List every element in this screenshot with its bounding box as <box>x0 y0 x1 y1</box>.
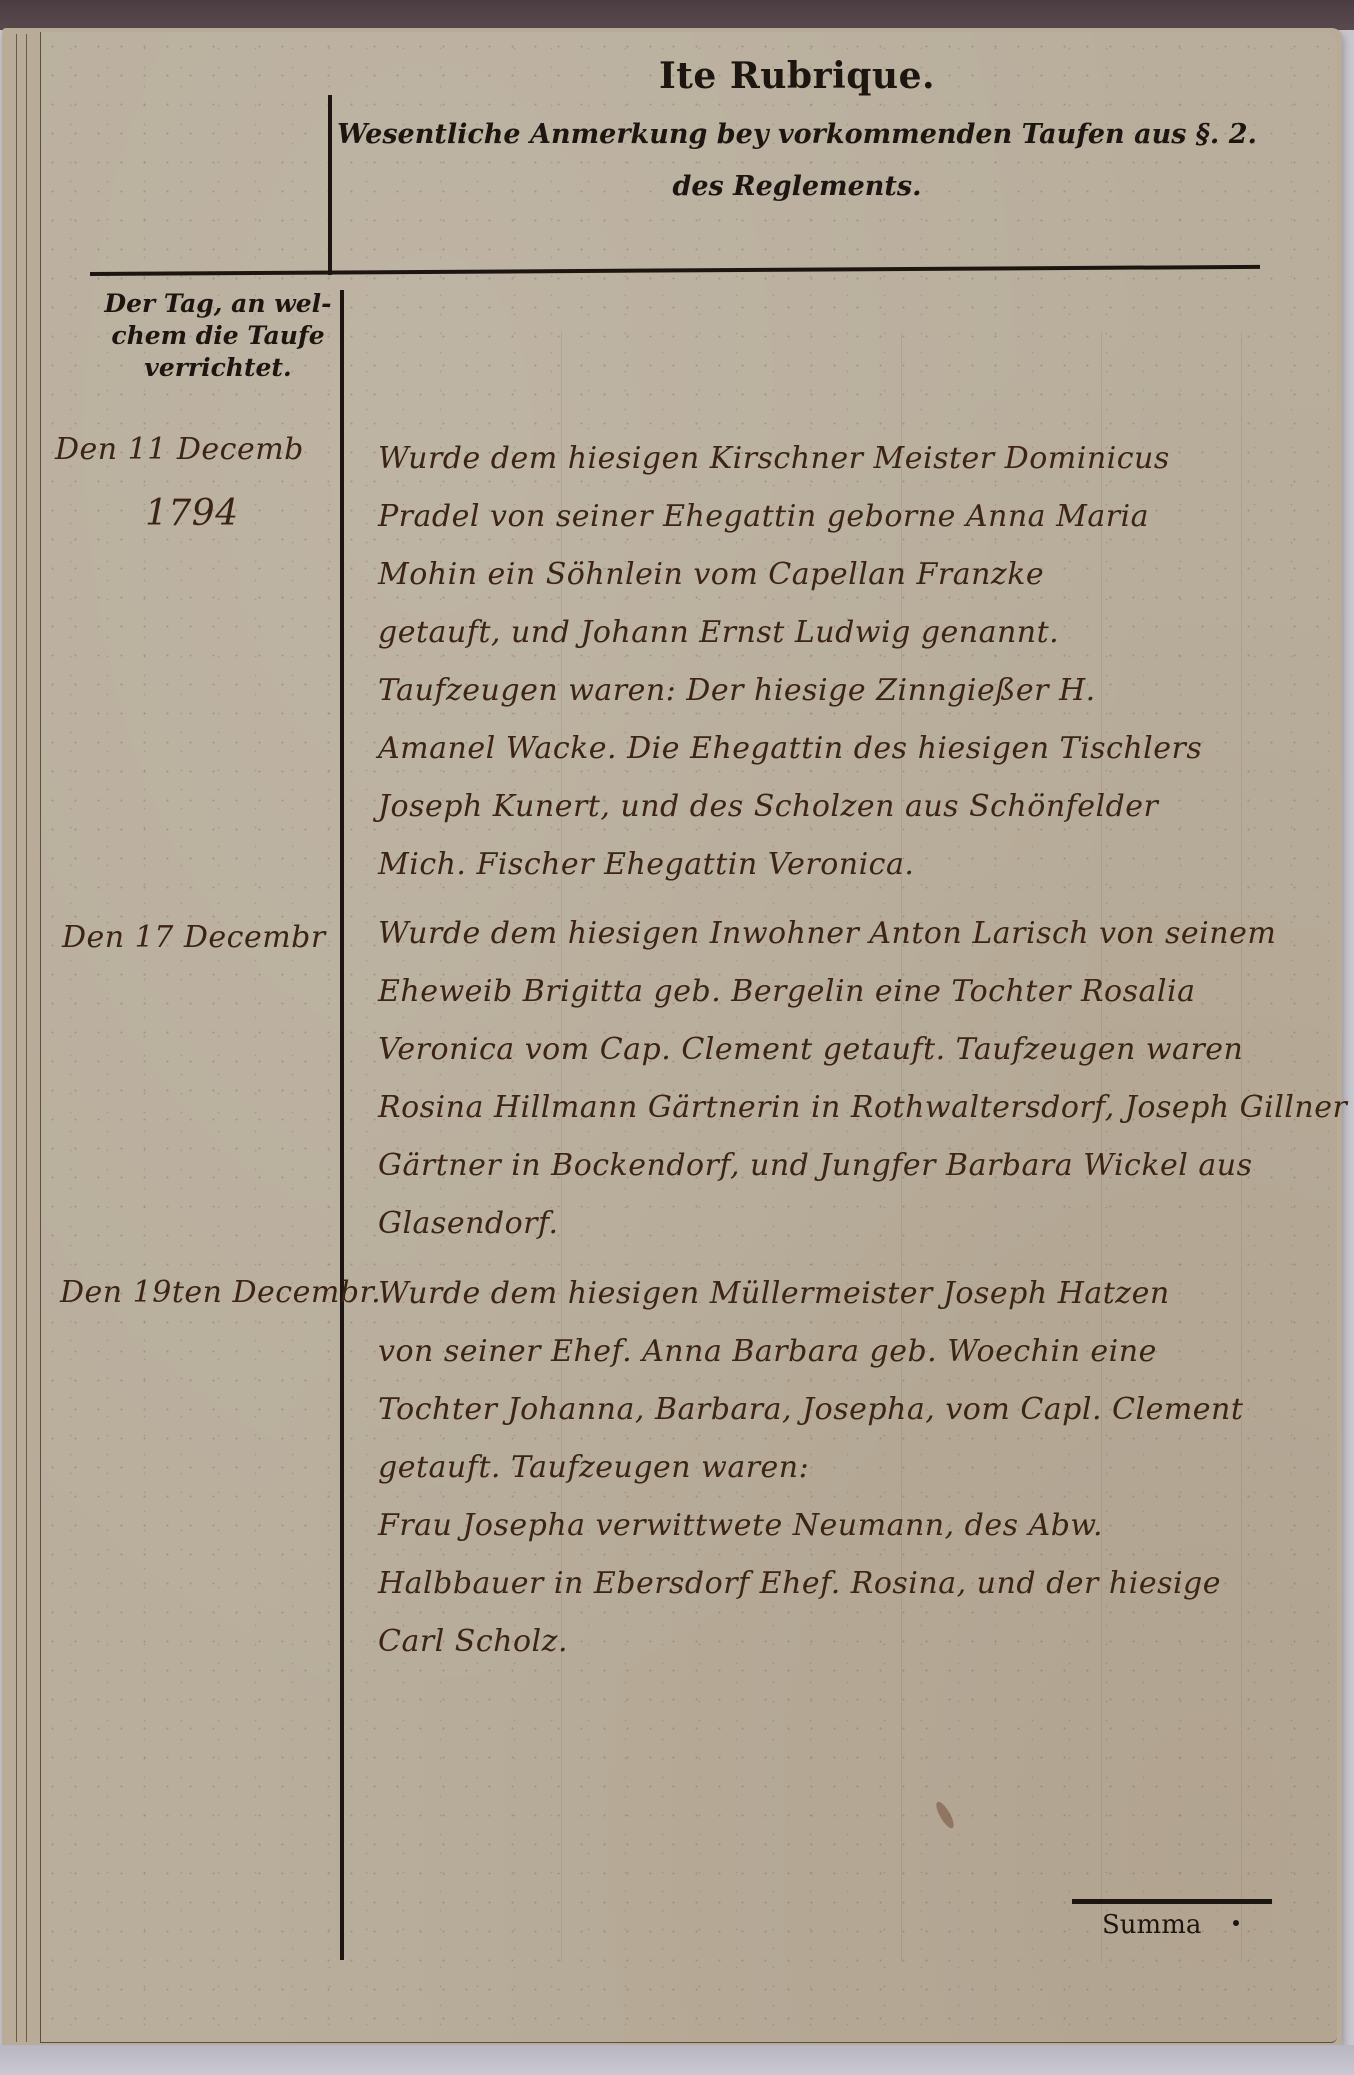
entry-3-text: Wurde dem hiesigen Müllermeister Joseph … <box>378 1265 1278 1671</box>
entry-date-text: Den 19ten Decembr. <box>60 1275 345 1310</box>
entry-text-line: Eheweib Brigitta geb. Bergelin eine Toch… <box>378 963 1278 1021</box>
entry-text-line: getauft. Taufzeugen waren: <box>378 1439 1278 1497</box>
entry-text-line: Frau Josepha verwittwete Neumann, des Ab… <box>378 1497 1278 1555</box>
rubric-title: Ite Rubrique. <box>332 55 1262 97</box>
summa-dot-mark <box>1233 1920 1239 1926</box>
rubric-subtitle-line-1: Wesentliche Anmerkung bey vorkommenden T… <box>332 109 1262 161</box>
entry-3-date: Den 19ten Decembr. <box>60 1275 345 1310</box>
rubric-subtitle-line-2: des Reglements. <box>332 161 1262 213</box>
entry-text-line: Halbbauer in Ebersdorf Ehef. Rosina, und… <box>378 1555 1278 1613</box>
entry-text-line: Joseph Kunert, und des Scholzen aus Schö… <box>378 778 1278 836</box>
entry-text-line: Veronica vom Cap. Clement getauft. Taufz… <box>378 1021 1278 1079</box>
entry-text-line: Glasendorf. <box>378 1195 1278 1253</box>
entry-text-line: Taufzeugen waren: Der hiesige Zinngießer… <box>378 662 1278 720</box>
entry-text-line: Carl Scholz. <box>378 1613 1278 1671</box>
entry-text-line: Wurde dem hiesigen Müllermeister Joseph … <box>378 1265 1278 1323</box>
book-bottom-edge-shadow <box>0 2045 1354 2075</box>
date-header-line: chem die Taufe <box>98 320 338 352</box>
entry-2-date: Den 17 Decembr <box>62 920 347 955</box>
entry-text-line: Tochter Johanna, Barbara, Josepha, vom C… <box>378 1381 1278 1439</box>
entry-date-text: Den 11 Decemb <box>55 432 340 467</box>
entry-text-line: Rosina Hillmann Gärtnerin in Rothwalters… <box>378 1079 1278 1137</box>
date-column-header: Der Tag, an wel- chem die Taufe verricht… <box>98 288 338 384</box>
summa-rule <box>1072 1899 1272 1904</box>
entry-text-line: Gärtner in Bockendorf, und Jungfer Barba… <box>378 1137 1278 1195</box>
rubric-subtitle: Wesentliche Anmerkung bey vorkommenden T… <box>332 109 1262 213</box>
entry-2-text: Wurde dem hiesigen Inwohner Anton Larisc… <box>378 905 1278 1253</box>
entry-text-line: Pradel von seiner Ehegattin geborne Anna… <box>378 488 1278 546</box>
book-top-edge-shadow <box>0 0 1354 30</box>
rubric-header: Ite Rubrique. Wesentliche Anmerkung bey … <box>332 55 1262 213</box>
entry-text-line: Wurde dem hiesigen Inwohner Anton Larisc… <box>378 905 1278 963</box>
entry-text-line: Mohin ein Söhnlein vom Capellan Franzke <box>378 546 1278 604</box>
date-column-divider <box>340 290 344 1960</box>
entry-1-text: Wurde dem hiesigen Kirschner Meister Dom… <box>378 430 1278 894</box>
date-header-line: verrichtet. <box>98 352 338 384</box>
entry-text-line: Mich. Fischer Ehegattin Veronica. <box>378 836 1278 894</box>
entry-text-line: Amanel Wacke. Die Ehegattin des hiesigen… <box>378 720 1278 778</box>
entry-date-text: Den 17 Decembr <box>62 920 347 955</box>
entry-text-line: getauft, und Johann Ernst Ludwig genannt… <box>378 604 1278 662</box>
entry-text-line: von seiner Ehef. Anna Barbara geb. Woech… <box>378 1323 1278 1381</box>
entry-text-line: Wurde dem hiesigen Kirschner Meister Dom… <box>378 430 1278 488</box>
entry-1-date: Den 11 Decemb 1794 <box>55 432 340 534</box>
date-header-line: Der Tag, an wel- <box>98 288 338 320</box>
entry-year: 1794 <box>145 493 340 534</box>
summa-label: Summa <box>1102 1910 1201 1940</box>
